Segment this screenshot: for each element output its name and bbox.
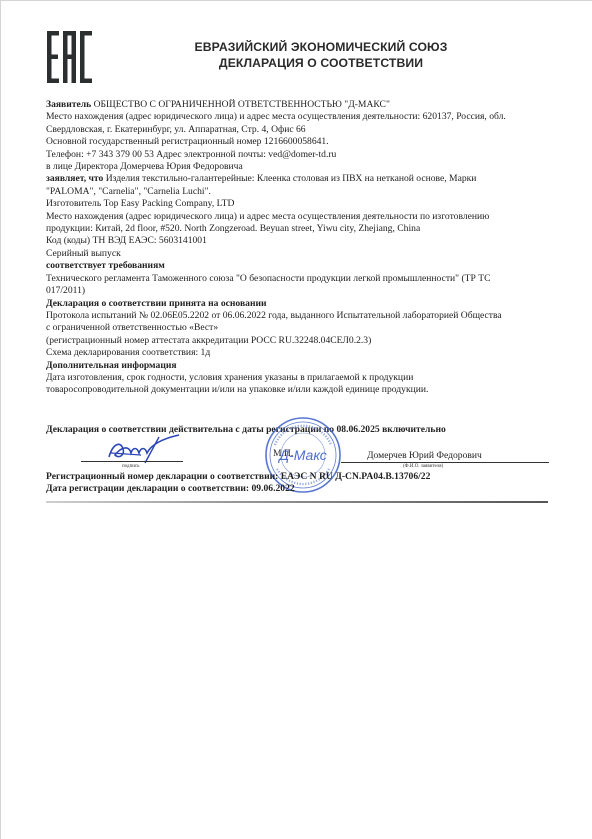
basis-label: Декларация о соответствии принята на осн… bbox=[46, 298, 566, 310]
additional-info-1: Дата изготовления, срок годности, услови… bbox=[46, 372, 566, 384]
declaration-scheme: Схема декларирования соответствия: 1д bbox=[46, 347, 566, 359]
registration-number-label: Регистрационный номер декларации о соотв… bbox=[46, 471, 278, 482]
applicant-ogrn: Основной государственный регистрационный… bbox=[46, 136, 566, 148]
protocol-line-1: Протокола испытаний № 02.06E05.2202 от 0… bbox=[46, 310, 566, 322]
registration-number: Регистрационный номер декларации о соотв… bbox=[46, 471, 430, 482]
declares-line: заявляет, что Изделия текстильно-галанте… bbox=[46, 173, 566, 185]
signer-name-line bbox=[341, 462, 549, 463]
signer-name: Домерчев Юрий Федорович bbox=[367, 450, 482, 461]
declaration-body: Заявитель ОБЩЕСТВО С ОГРАНИЧЕННОЙ ОТВЕТС… bbox=[46, 99, 566, 397]
accreditation-number: (регистрационный номер аттестата аккреди… bbox=[46, 335, 566, 347]
document-header: ЕВРАЗИЙСКИЙ ЭКОНОМИЧЕСКИЙ СОЮЗ ДЕКЛАРАЦИ… bbox=[151, 39, 491, 71]
regulation-line-2: 017/2011) bbox=[46, 285, 566, 297]
union-title: ЕВРАЗИЙСКИЙ ЭКОНОМИЧЕСКИЙ СОЮЗ bbox=[151, 39, 491, 55]
additional-info-label: Дополнительная информация bbox=[46, 360, 566, 372]
protocol-line-2: с ограниченной ответственностью «Вест» bbox=[46, 322, 566, 334]
declares-label: заявляет, что bbox=[46, 173, 103, 184]
manufacturer-address-1: Место нахождения (адрес юридического лиц… bbox=[46, 211, 566, 223]
release-type: Серийный выпуск bbox=[46, 248, 566, 260]
bottom-rule bbox=[46, 501, 548, 503]
signature-line bbox=[81, 461, 183, 462]
applicant-label: Заявитель bbox=[46, 99, 91, 110]
product-brands: "PALOMA", "Carnelia", "Carnelia Luchi". bbox=[46, 186, 566, 198]
declaration-page: ЕВРАЗИЙСКИЙ ЭКОНОМИЧЕСКИЙ СОЮЗ ДЕКЛАРАЦИ… bbox=[1, 1, 592, 839]
applicant-contacts: Телефон: +7 343 379 00 53 Адрес электрон… bbox=[46, 149, 566, 161]
registration-date: Дата регистрации декларации о соответств… bbox=[46, 483, 295, 494]
product-description: Изделия текстильно-галантерейные: Клеенк… bbox=[103, 173, 476, 184]
signature-caption: подпись bbox=[122, 464, 139, 469]
applicant-address-2: Свердловская, г. Екатеринбург, ул. Аппар… bbox=[46, 124, 566, 136]
manufacturer: Изготовитель Top Easy Packing Company, L… bbox=[46, 198, 566, 210]
registration-number-value: ЕАЭС N RU Д-CN.PA04.B.13706/22 bbox=[278, 471, 430, 482]
additional-info-2: товаросопроводительной документации и/ил… bbox=[46, 384, 566, 396]
applicant-address-1: Место нахождения (адрес юридического лиц… bbox=[46, 111, 566, 123]
regulation-line-1: Технического регламента Таможенного союз… bbox=[46, 273, 566, 285]
applicant-representative: в лице Директора Домерчева Юрия Федорови… bbox=[46, 161, 566, 173]
registration-date-label: Дата регистрации декларации о соответств… bbox=[46, 483, 249, 494]
stamp-text: Д-Макс bbox=[277, 447, 327, 463]
manufacturer-address-2: продукции: Китай, 2d floor, #520. North … bbox=[46, 223, 566, 235]
hs-code: Код (коды) ТН ВЭД ЕАЭС: 5603141001 bbox=[46, 235, 566, 247]
registration-date-value: 09.06.2022 bbox=[249, 483, 295, 494]
signer-caption: (Ф.И.О. заявителя) bbox=[403, 464, 443, 469]
compliance-label: соответствует требованиям bbox=[46, 260, 566, 272]
applicant-name: ОБЩЕСТВО С ОГРАНИЧЕННОЙ ОТВЕТСТВЕННОСТЬЮ… bbox=[91, 99, 390, 110]
applicant-line: Заявитель ОБЩЕСТВО С ОГРАНИЧЕННОЙ ОТВЕТС… bbox=[46, 99, 566, 111]
declaration-title: ДЕКЛАРАЦИЯ О СООТВЕТСТВИИ bbox=[151, 55, 491, 71]
eac-logo-icon bbox=[47, 31, 93, 83]
